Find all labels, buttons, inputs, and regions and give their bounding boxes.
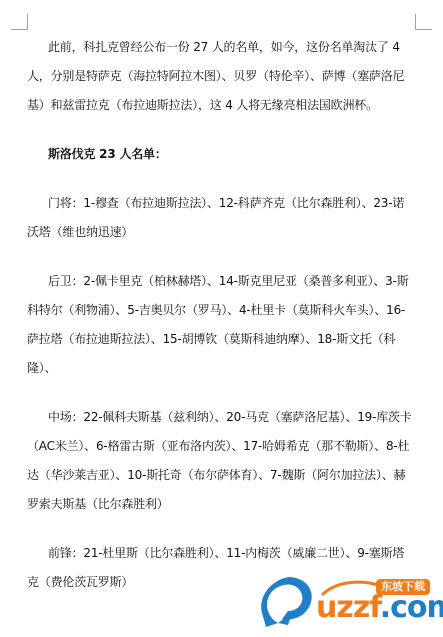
brand-text-orange: uzz: [316, 590, 369, 625]
crop-mark-top-left-horizontal: [11, 29, 28, 30]
intro-paragraph: 此前，科扎克曾经公布一份 27 人的名单，如今，这份名单淘汰了 4 人，分别是特…: [27, 33, 415, 120]
defenders-paragraph: 后卫：2-佩卡里克（柏林赫塔）、14-斯克里尼亚（桑普多利亚）、3-斯科特尔（利…: [27, 267, 415, 383]
swirl-logo-icon: [258, 573, 318, 629]
goalkeepers-paragraph: 门将：1-穆查（布拉迪斯拉法）、12-科萨齐克（比尔森胜利）、23-诺沃塔（维也…: [27, 189, 415, 247]
brand-wordmark: uzzf.com: [316, 591, 443, 625]
brand-text-blue: .com: [380, 590, 443, 625]
midfielders-paragraph: 中场：22-佩科夫斯基（兹利纳）、20-马克（塞萨洛尼基）、19-库茨卡（AC米…: [27, 403, 415, 519]
squad-heading: 斯洛伐克 23 人名单：: [27, 140, 415, 169]
crop-mark-top-right-vertical: [415, 14, 416, 30]
uzzf-watermark-logo: + 东坡下载 uzzf.com: [258, 573, 434, 629]
crop-mark-top-left-vertical: [27, 14, 28, 30]
document-page: 此前，科扎克曾经公布一份 27 人的名单，如今，这份名单淘汰了 4 人，分别是特…: [27, 33, 415, 597]
crop-mark-top-right-horizontal: [415, 29, 432, 30]
brand-text-f: f: [369, 590, 379, 625]
